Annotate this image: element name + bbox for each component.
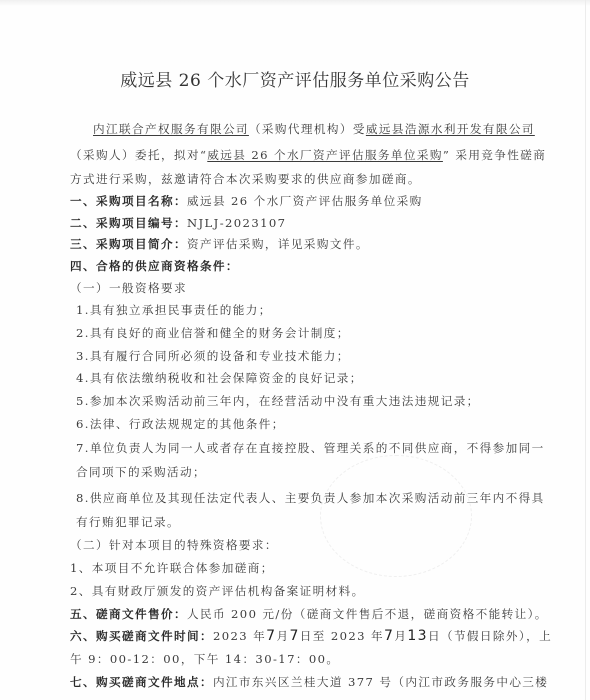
purchaser-role: （采购人）委托，拟对 [70, 148, 200, 162]
general-item: 7.单位负责人为同一人或者存在直接控股、管理关系的不同供应商，不得参加同一 [76, 440, 545, 456]
purchaser-name: 威远县浩源水利开发有限公司 [366, 122, 535, 136]
section-label: 一、采购项目名称： [70, 194, 187, 208]
handwritten-day: 7 [289, 628, 299, 644]
general-item: 1.具有独立承担民事责任的能力； [76, 302, 272, 318]
general-item: 2.具有良好的商业信誉和健全的财务会计制度； [76, 325, 350, 341]
special-item: 1、本项目不允许联合体参加磋商； [70, 560, 274, 576]
general-item: 4.具有依法缴纳税收和社会保障资金的良好记录； [76, 370, 363, 386]
agency-name: 内江联合产权服务有限公司 [93, 122, 249, 136]
date-text: 月 [276, 629, 289, 643]
section-supplier-qualifications: 四、合格的供应商资格条件： [70, 258, 239, 274]
section-value: 资产评估采购，详见采购文件。 [187, 237, 369, 251]
section-purchase-time: 六、购买磋商文件时间：2023 年7月7日至 2023 年7月13日（节假日除外… [70, 628, 552, 644]
section-label: 七、购买磋商文件地点： [70, 675, 213, 689]
general-item: 5.参加本次采购活动前三年内，在经营活动中没有重大违法违规记录； [76, 393, 480, 409]
section-purchase-time-hours: 午 9：00-12：00，下午 14：30-17：00。 [70, 651, 339, 667]
section-value: 内江市东兴区兰桂大道 377 号（内江市政务服务中心三楼 [213, 675, 548, 689]
section-project-name: 一、采购项目名称：威远县 26 个水厂资产评估服务单位采购 [70, 193, 423, 209]
special-item: 2、具有财政厅颁发的资产评估机构备案证明材料。 [70, 583, 365, 599]
faded-seal-stamp [320, 455, 472, 577]
general-item-continued: 合同项下的采购活动； [76, 464, 206, 480]
handwritten-month: 7 [266, 628, 276, 644]
section-label: 二、采购项目编号： [70, 216, 187, 230]
section-project-summary: 三、采购项目简介：资产评估采购，详见采购文件。 [70, 236, 369, 252]
page-top-shadow [0, 0, 590, 6]
page-edge [585, 0, 586, 700]
intro-line-1: 内江联合产权服务有限公司（采购代理机构）受威远县浩源水利开发有限公司 [93, 121, 535, 137]
general-item: 8.供应商单位及其现任法定代表人、主要负责人参加本次采购活动前三年内不得具 [76, 490, 545, 506]
section-project-number: 二、采购项目编号：NJLJ-2023107 [70, 215, 286, 231]
section-value: 人民币 200 元/份（磋商文件售后不退，磋商资格不能转让）。 [187, 607, 548, 621]
project-name-quoted: 威远县 26 个水厂资产评估服务单位采购 [207, 148, 443, 162]
section-value: NJLJ-2023107 [187, 216, 287, 230]
date-text: 月 [394, 629, 407, 643]
date-text: 2023 年 [213, 629, 266, 643]
intro-line-2: （采购人）委托，拟对“威远县 26 个水厂资产评估服务单位采购” 采用竞争性磋商 [70, 147, 546, 163]
section-label: 六、购买磋商文件时间： [70, 629, 213, 643]
agency-role: （采购代理机构）受 [249, 122, 366, 136]
document-title: 威远县 26 个水厂资产评估服务单位采购公告 [0, 66, 590, 91]
section-value: 威远县 26 个水厂资产评估服务单位采购 [187, 194, 423, 208]
section-label: 五、磋商文件售价： [70, 607, 187, 621]
general-requirements-heading: （一）一般资格要求 [70, 280, 187, 296]
section-purchase-location: 七、购买磋商文件地点：内江市东兴区兰桂大道 377 号（内江市政务服务中心三楼 [70, 674, 548, 690]
intro-line-3: 方式进行采购，兹邀请符合本次采购要求的供应商参加磋商。 [70, 171, 421, 187]
procurement-method: 采用竞争性磋商 [450, 148, 546, 162]
date-text: 日至 2023 年 [300, 629, 384, 643]
general-item-continued: 有行贿犯罪记录。 [76, 514, 180, 530]
general-item: 3.具有履行合同所必须的设备和专业技术能力； [76, 348, 350, 364]
special-requirements-heading: （二）针对本项目的特殊资格要求： [70, 537, 278, 553]
section-label: 三、采购项目简介： [70, 237, 187, 251]
handwritten-month: 7 [384, 628, 394, 644]
general-item: 6.法律、行政法规规定的其他条件； [76, 416, 285, 432]
handwritten-day: 13 [407, 628, 428, 644]
document-page: 威远县 26 个水厂资产评估服务单位采购公告 内江联合产权服务有限公司（采购代理… [0, 0, 590, 700]
section-document-price: 五、磋商文件售价：人民币 200 元/份（磋商文件售后不退，磋商资格不能转让）。 [70, 606, 548, 622]
date-text: 日（节假日除外），上 [428, 629, 552, 643]
